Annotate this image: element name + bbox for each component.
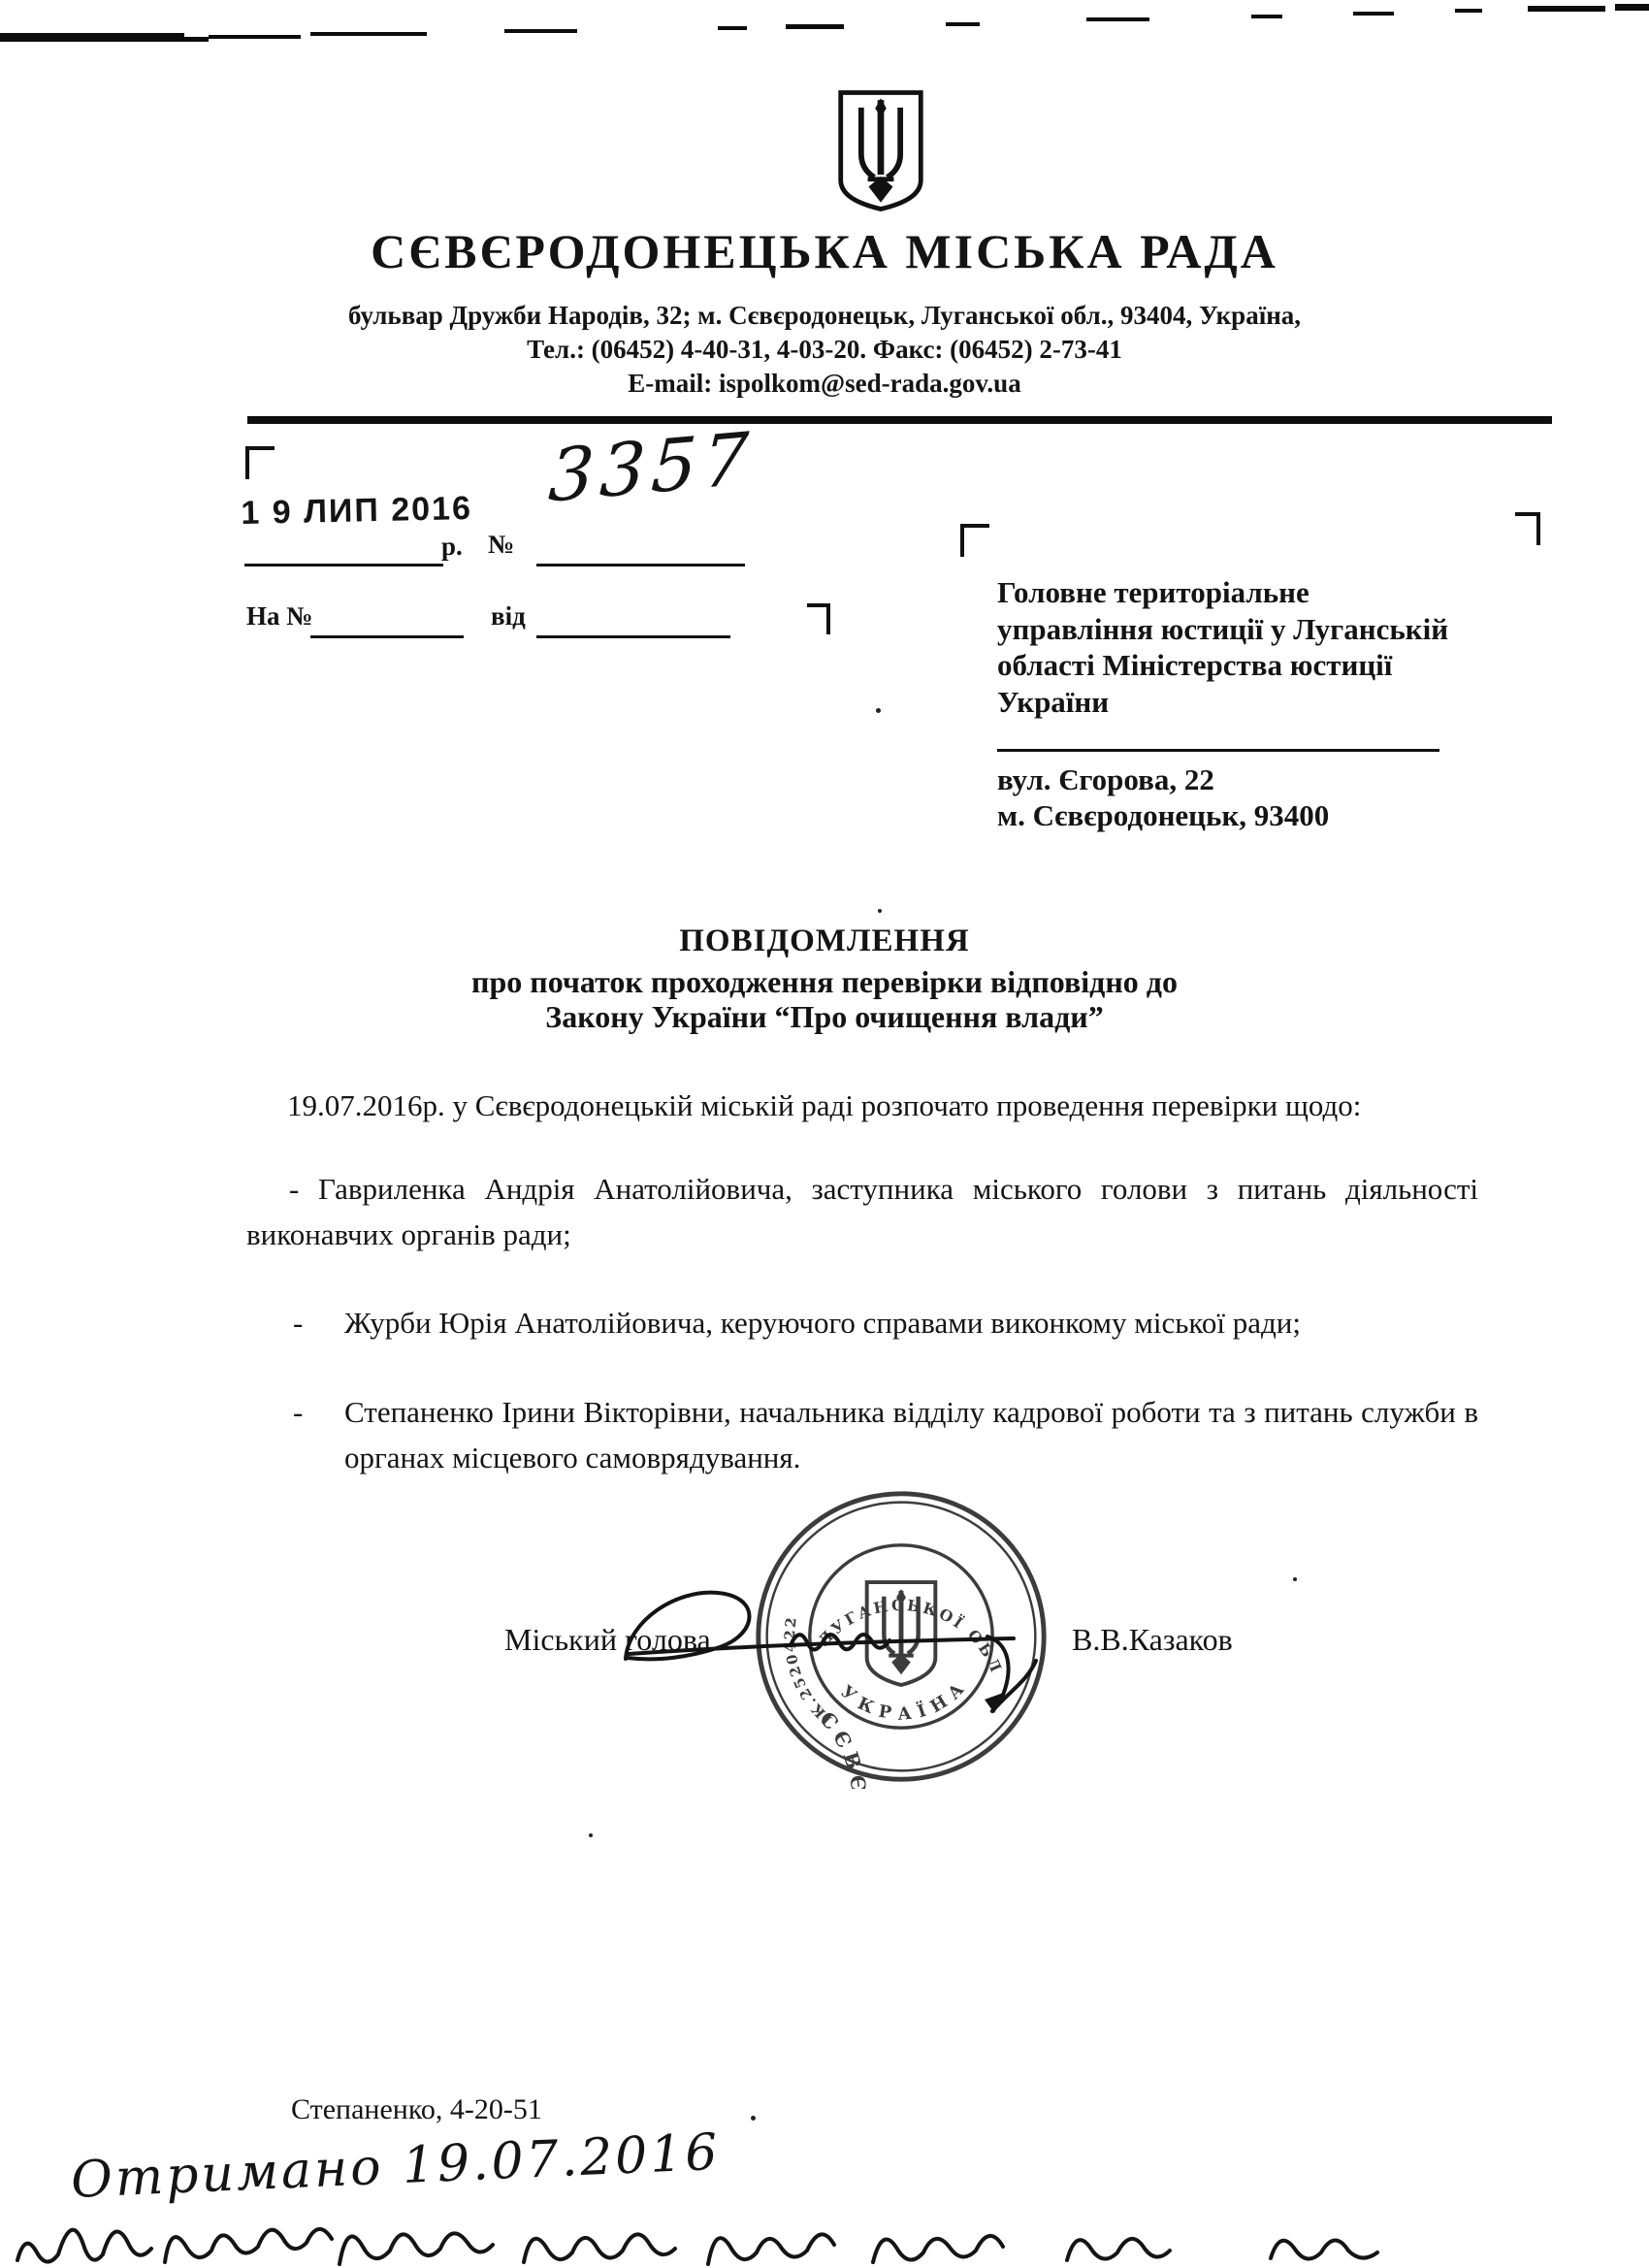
scan-speck: [876, 708, 881, 713]
year-label: р.: [441, 532, 463, 562]
scan-artifact: [504, 29, 577, 33]
signer-name: В.В.Казаков: [1072, 1622, 1233, 1658]
scan-speck: [878, 909, 882, 913]
org-name: СЄВЄРОДОНЕЦЬКА МІСЬКА РАДА: [0, 223, 1649, 279]
recipient-city: м. Сєвєродонецьк, 93400: [997, 798, 1329, 833]
header-rule: [247, 416, 1552, 424]
scan-artifact: [786, 24, 844, 29]
recipient-line: Головне територіальне: [997, 574, 1463, 611]
reply-to-label: На №: [246, 601, 312, 632]
scan-speck: [751, 2116, 756, 2121]
org-email: E-mail: ispolkom@sed-rada.gov.ua: [0, 369, 1649, 399]
scan-artifact: [209, 35, 301, 39]
scan-artifact: [1086, 17, 1149, 21]
reply-date-underline: [536, 635, 730, 638]
scanned-letter-page: СЄВЄРОДОНЕЦЬКА МІСЬКА РАДА бульвар Дружб…: [0, 0, 1649, 2268]
handwritten-outgoing-number: 3357: [546, 416, 756, 518]
body-list-item: - Гавриленка Андрія Анатолійовича, засту…: [246, 1166, 1478, 1257]
recipient-line: управління юстиції у Луганській: [997, 611, 1463, 648]
scan-artifact: [1615, 4, 1649, 11]
reply-from-label: від: [491, 601, 526, 632]
corner-mark: [245, 446, 275, 479]
incoming-date-stamp: 1 9 ЛИП 2016: [241, 490, 472, 533]
scan-artifact: [310, 32, 427, 36]
scan-artifact: [1251, 15, 1282, 18]
org-phone: Тел.: (06452) 4-40-31, 4-03-20. Факс: (0…: [0, 335, 1649, 365]
corner-mark: [960, 524, 989, 557]
number-label: №: [488, 530, 514, 560]
list-dash: -: [293, 1389, 303, 1435]
ukraine-trident-emblem-icon: [834, 87, 927, 213]
body-intro-paragraph: 19.07.2016р. у Сєвєродонецькій міській р…: [246, 1083, 1478, 1128]
corner-mark: [807, 603, 830, 634]
org-address: бульвар Дружби Народів, 32; м. Сєвєродон…: [0, 301, 1649, 331]
notice-title: ПОВІДОМЛЕННЯ: [0, 923, 1649, 959]
scan-artifact: [946, 22, 980, 26]
scan-artifact: [1528, 6, 1605, 12]
list-dash: -: [293, 1300, 303, 1345]
scan-artifact: [1455, 9, 1482, 13]
scan-artifact: [92, 37, 209, 42]
executor-contact: Степаненко, 4-20-51: [291, 2093, 542, 2126]
handwritten-scrawl: [0, 2202, 1649, 2268]
recipient-line: України: [997, 684, 1463, 721]
body-list-item: Журби Юрія Анатолійовича, керуючого спра…: [344, 1300, 1478, 1345]
date-underline: [244, 564, 443, 567]
scan-artifact: [1353, 12, 1394, 16]
handwritten-received-note: Отримано 19.07.2016: [70, 2123, 722, 2210]
notice-subtitle: Закону України “Про очищення влади”: [0, 999, 1649, 1035]
scan-artifact: [718, 26, 747, 30]
scan-speck: [1293, 1577, 1297, 1581]
notice-subtitle: про початок проходження перевірки відпов…: [0, 964, 1649, 1000]
recipient-line: області Міністерства юстиції: [997, 647, 1463, 684]
reply-number-underline: [310, 635, 464, 638]
number-underline: [536, 564, 745, 567]
recipient-block: Головне територіальне управління юстиції…: [997, 574, 1463, 720]
recipient-street: вул. Єгорова, 22: [997, 762, 1214, 797]
recipient-rule: [997, 749, 1439, 752]
scan-speck: [589, 1833, 593, 1837]
body-list-item: Степаненко Ірини Вікторівни, начальника …: [344, 1389, 1478, 1480]
corner-mark: [1515, 512, 1540, 545]
handwritten-signature: [572, 1544, 1077, 1748]
